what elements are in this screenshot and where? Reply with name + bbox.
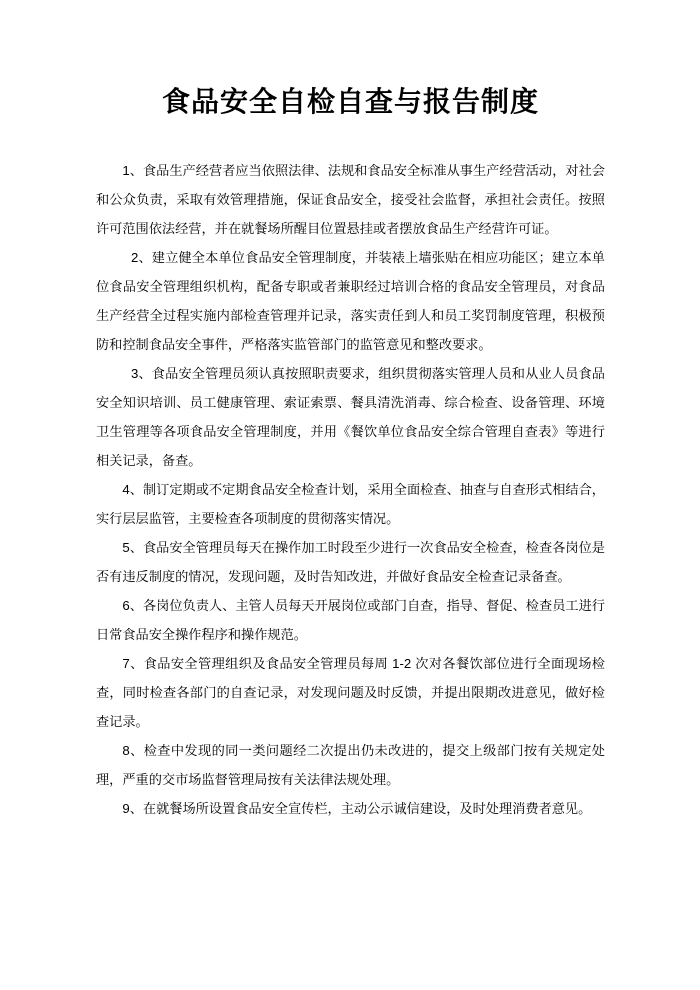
paragraph-1: 1、食品生产经营者应当依照法律、法规和食品安全标准从事生产经营活动，对社会和公众… xyxy=(96,156,605,243)
document-title: 食品安全自检自查与报告制度 xyxy=(96,86,605,120)
paragraph-4: 4、制订定期或不定期食品安全检查计划，采用全面检查、抽查与自查形式相结合，实行层… xyxy=(96,475,605,533)
paragraph-8: 8、检查中发现的同一类问题经二次提出仍未改进的，提交上级部门按有关规定处理，严重… xyxy=(96,736,605,794)
paragraph-6: 6、各岗位负责人、主管人员每天开展岗位或部门自查，指导、督促、检查员工进行日常食… xyxy=(96,591,605,649)
paragraph-2: 2、建立健全本单位食品安全管理制度，并装裱上墙张贴在相应功能区；建立本单位食品安… xyxy=(96,243,605,359)
paragraph-7: 7、食品安全管理组织及食品安全管理员每周 1-2 次对各餐饮部位进行全面现场检查… xyxy=(96,649,605,736)
paragraph-3: 3、食品安全管理员须认真按照职责要求，组织贯彻落实管理人员和从业人员食品安全知识… xyxy=(96,359,605,475)
paragraph-9: 9、在就餐场所设置食品安全宣传栏，主动公示诚信建设，及时处理消费者意见。 xyxy=(96,794,605,823)
document-body: 1、食品生产经营者应当依照法律、法规和食品安全标准从事生产经营活动，对社会和公众… xyxy=(96,156,605,823)
document-page: 食品安全自检自查与报告制度 1、食品生产经营者应当依照法律、法规和食品安全标准从… xyxy=(0,0,700,990)
paragraph-5: 5、食品安全管理员每天在操作加工时段至少进行一次食品安全检查，检查各岗位是否有违… xyxy=(96,533,605,591)
